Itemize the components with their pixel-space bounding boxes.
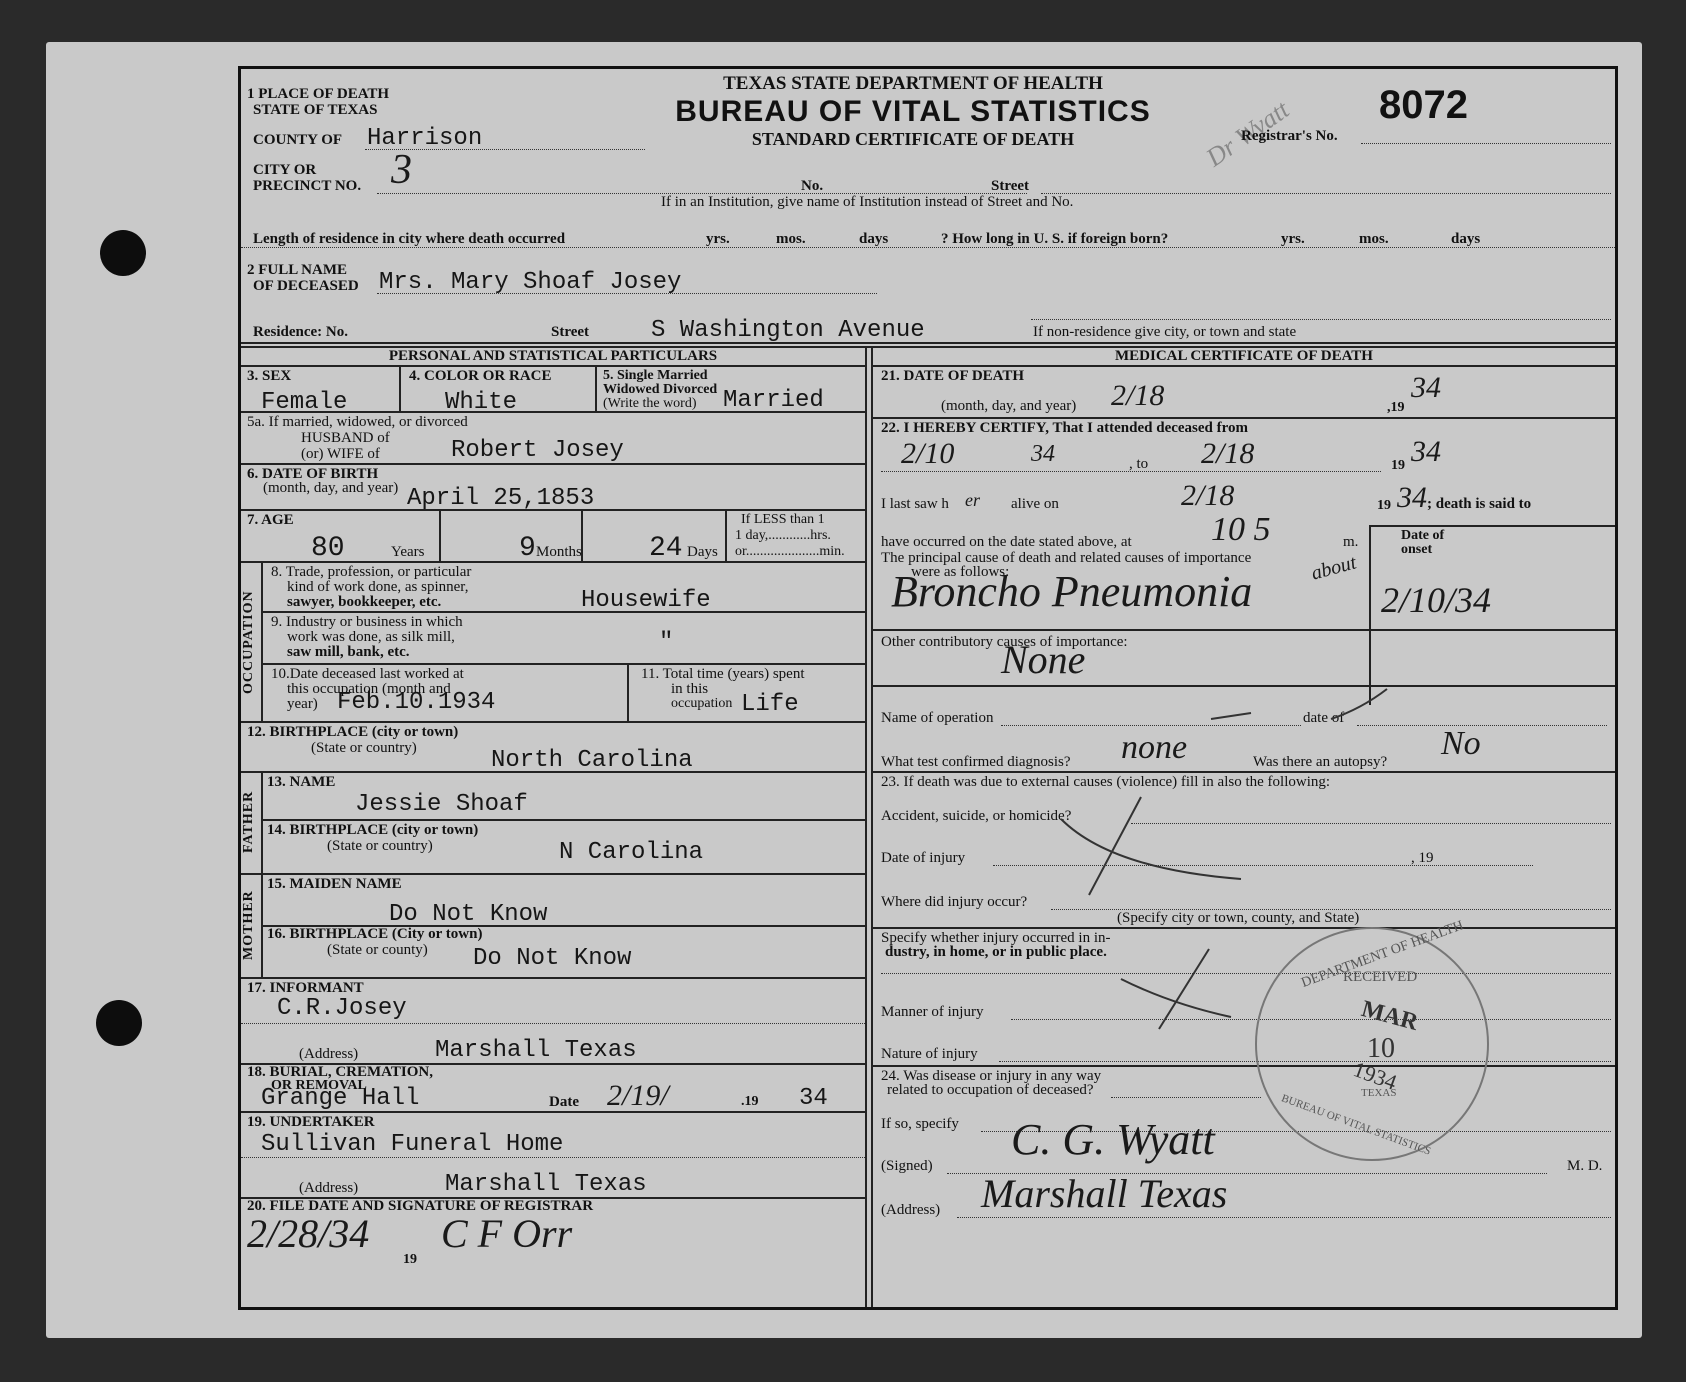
binder-hole [96, 1000, 142, 1046]
pen-strike-marks [241, 69, 1615, 1307]
binder-hole [100, 230, 146, 276]
death-certificate-form: 1 PLACE OF DEATH STATE OF TEXAS COUNTY O… [238, 66, 1618, 1310]
